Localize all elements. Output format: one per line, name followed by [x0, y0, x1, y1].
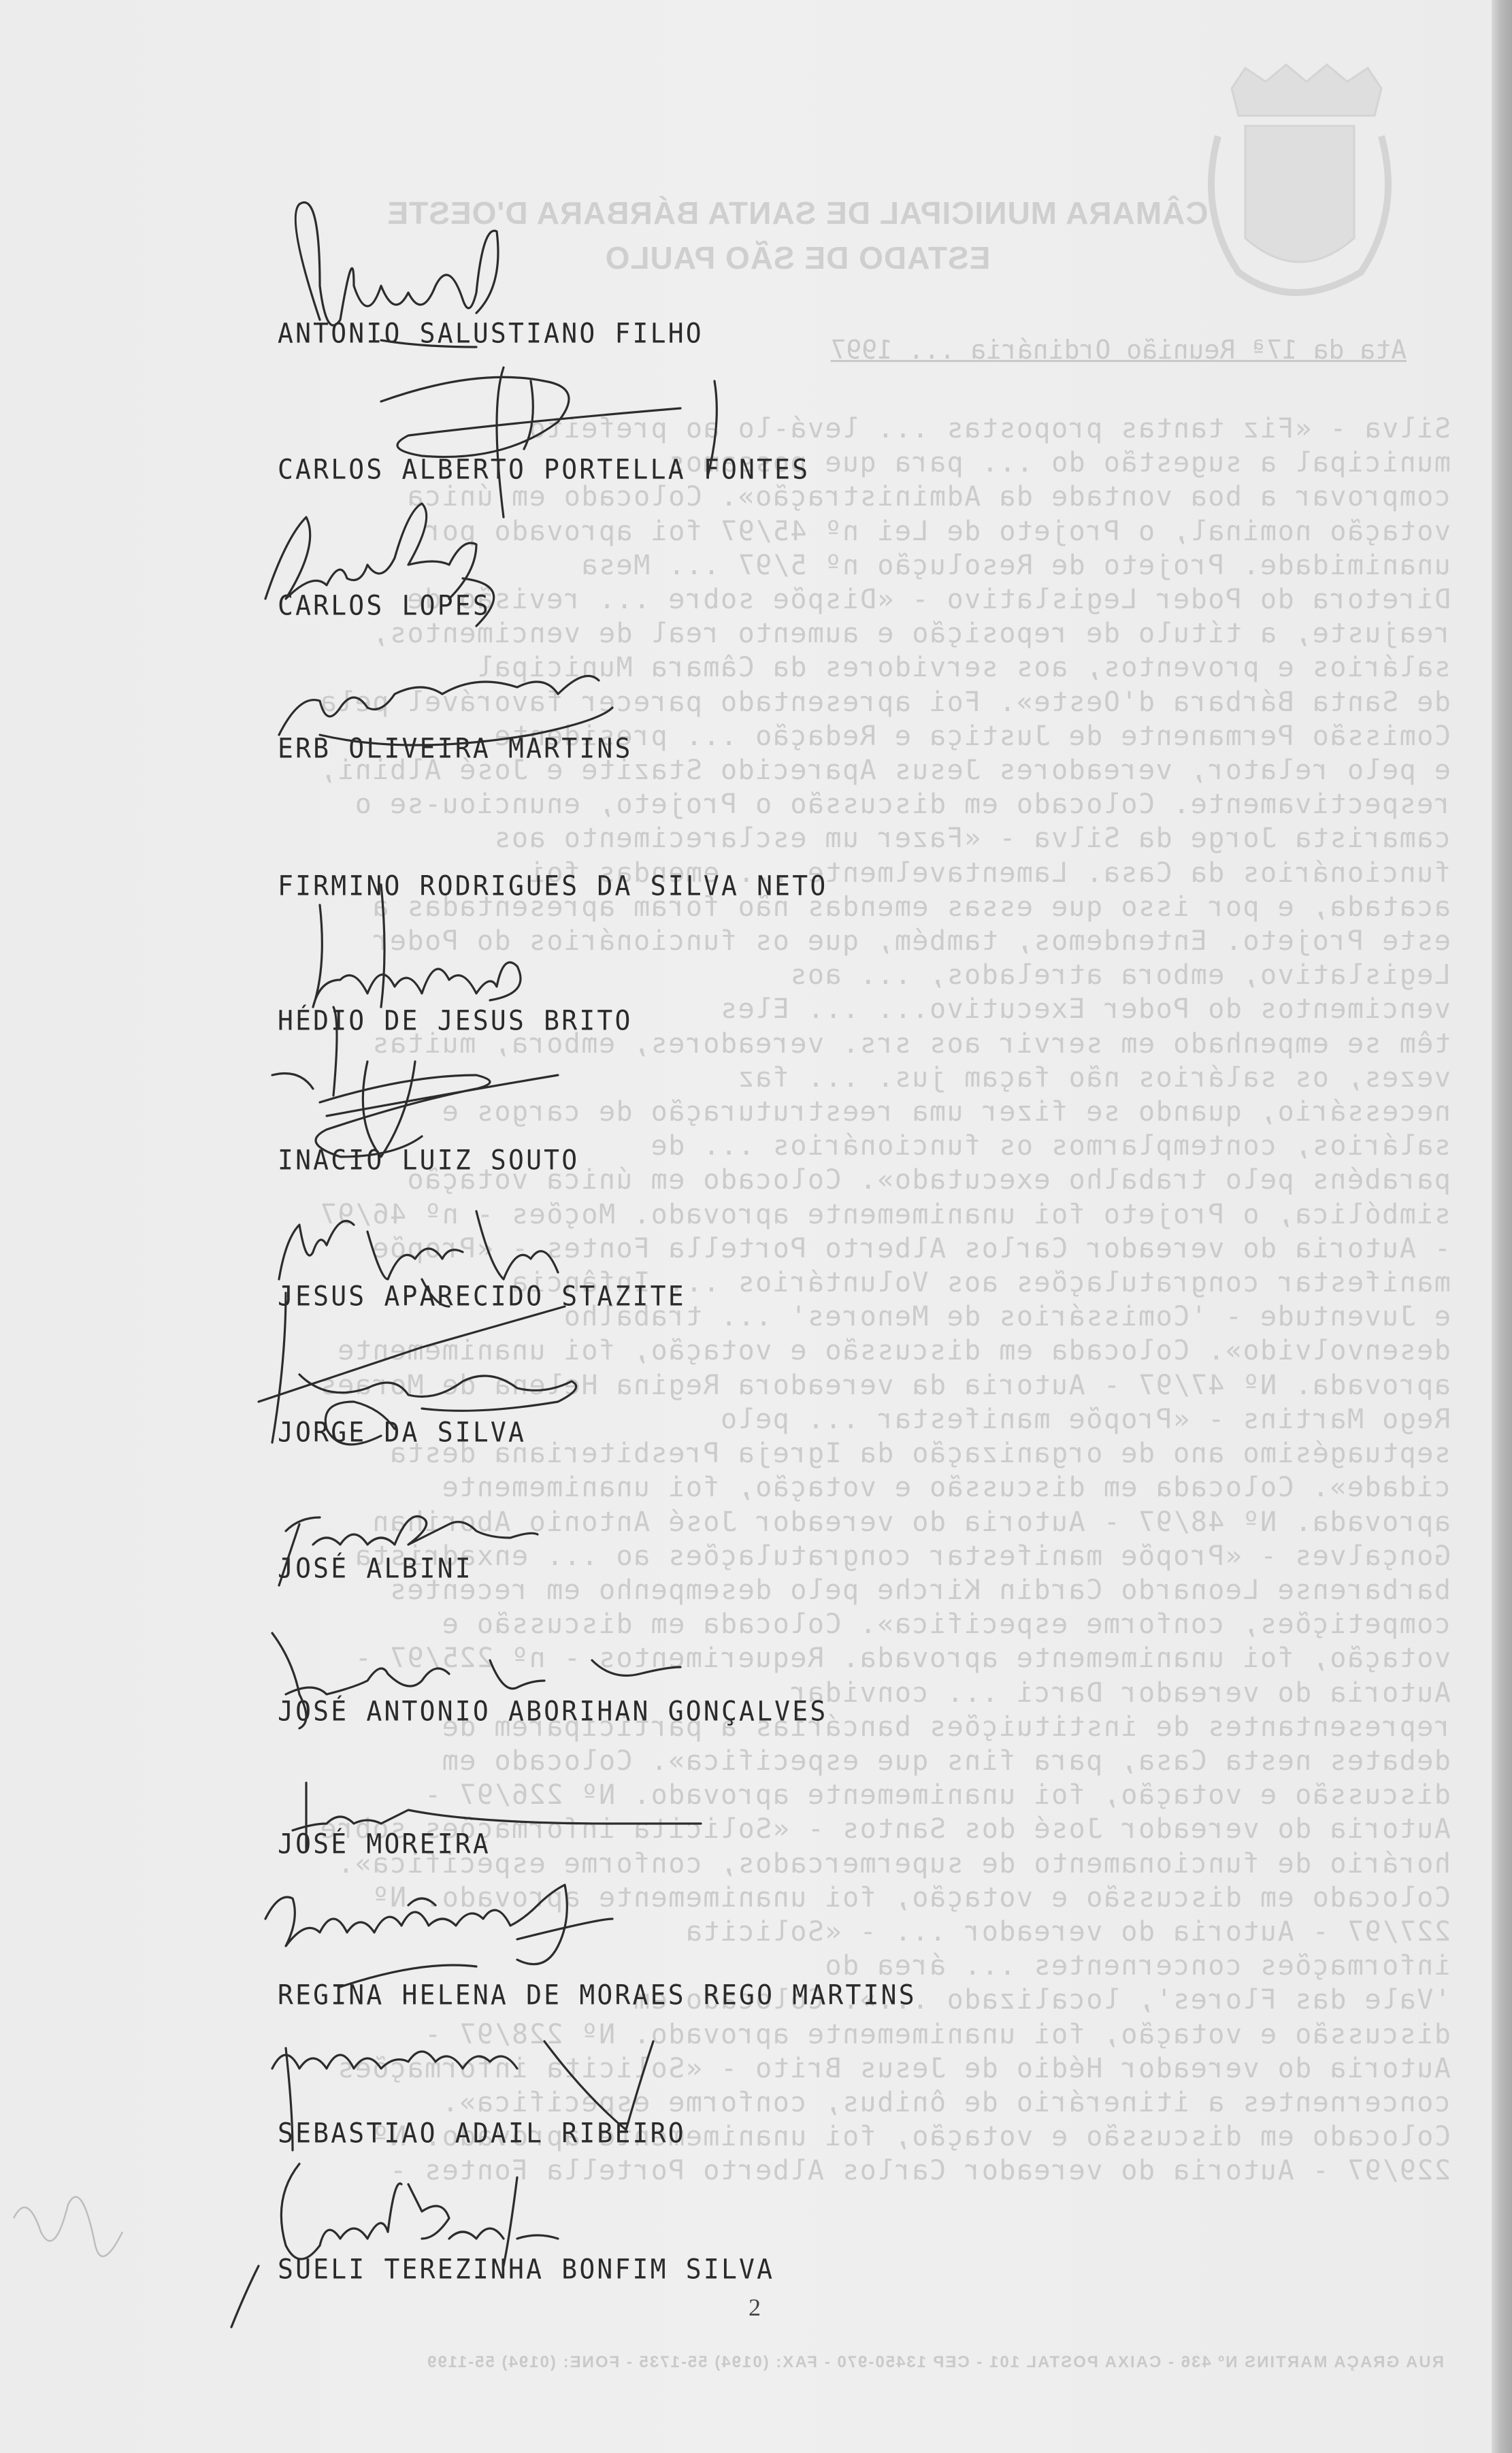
signatory-name: ERB OLIVEIRA MARTINS	[278, 733, 633, 764]
signatory-name: CARLOS ALBERTO PORTELLA FONTES	[278, 454, 810, 485]
signatory-name: JESUS APARECIDO STAZITE	[278, 1281, 686, 1312]
signatory-name: JOSÉ ANTONIO ABORIHAN GONÇALVES	[278, 1696, 827, 1727]
signatory-name: INACIO LUIZ SOUTO	[278, 1145, 579, 1176]
signatory-name: SUELI TEREZINHA BONFIM SILVA	[278, 2254, 774, 2285]
signatory-name: JOSÉ ALBINI	[278, 1553, 473, 1584]
signatory-name: FIRMINO RODRIGUES DA SILVA NETO	[278, 870, 827, 902]
signatory-name: JOSÉ MOREIRA	[278, 1828, 491, 1860]
page-number: 2	[749, 2293, 761, 2322]
signatory-name: SEBASTIAO ADAIL RIBEIRO	[278, 2118, 686, 2149]
signatory-name: REGINA HELENA DE MORAES REGO MARTINS	[278, 1979, 917, 2011]
signatory-name: JORGE DA SILVA	[278, 1417, 526, 1448]
signatory-name: ANTONIO SALUSTIANO FILHO	[278, 318, 704, 349]
signatory-name: CARLOS LOPES	[278, 590, 491, 621]
signatory-list: ANTONIO SALUSTIANO FILHO CARLOS ALBERTO …	[0, 0, 1512, 2453]
signatory-name: HÉDIO DE JESUS BRITO	[278, 1005, 633, 1036]
